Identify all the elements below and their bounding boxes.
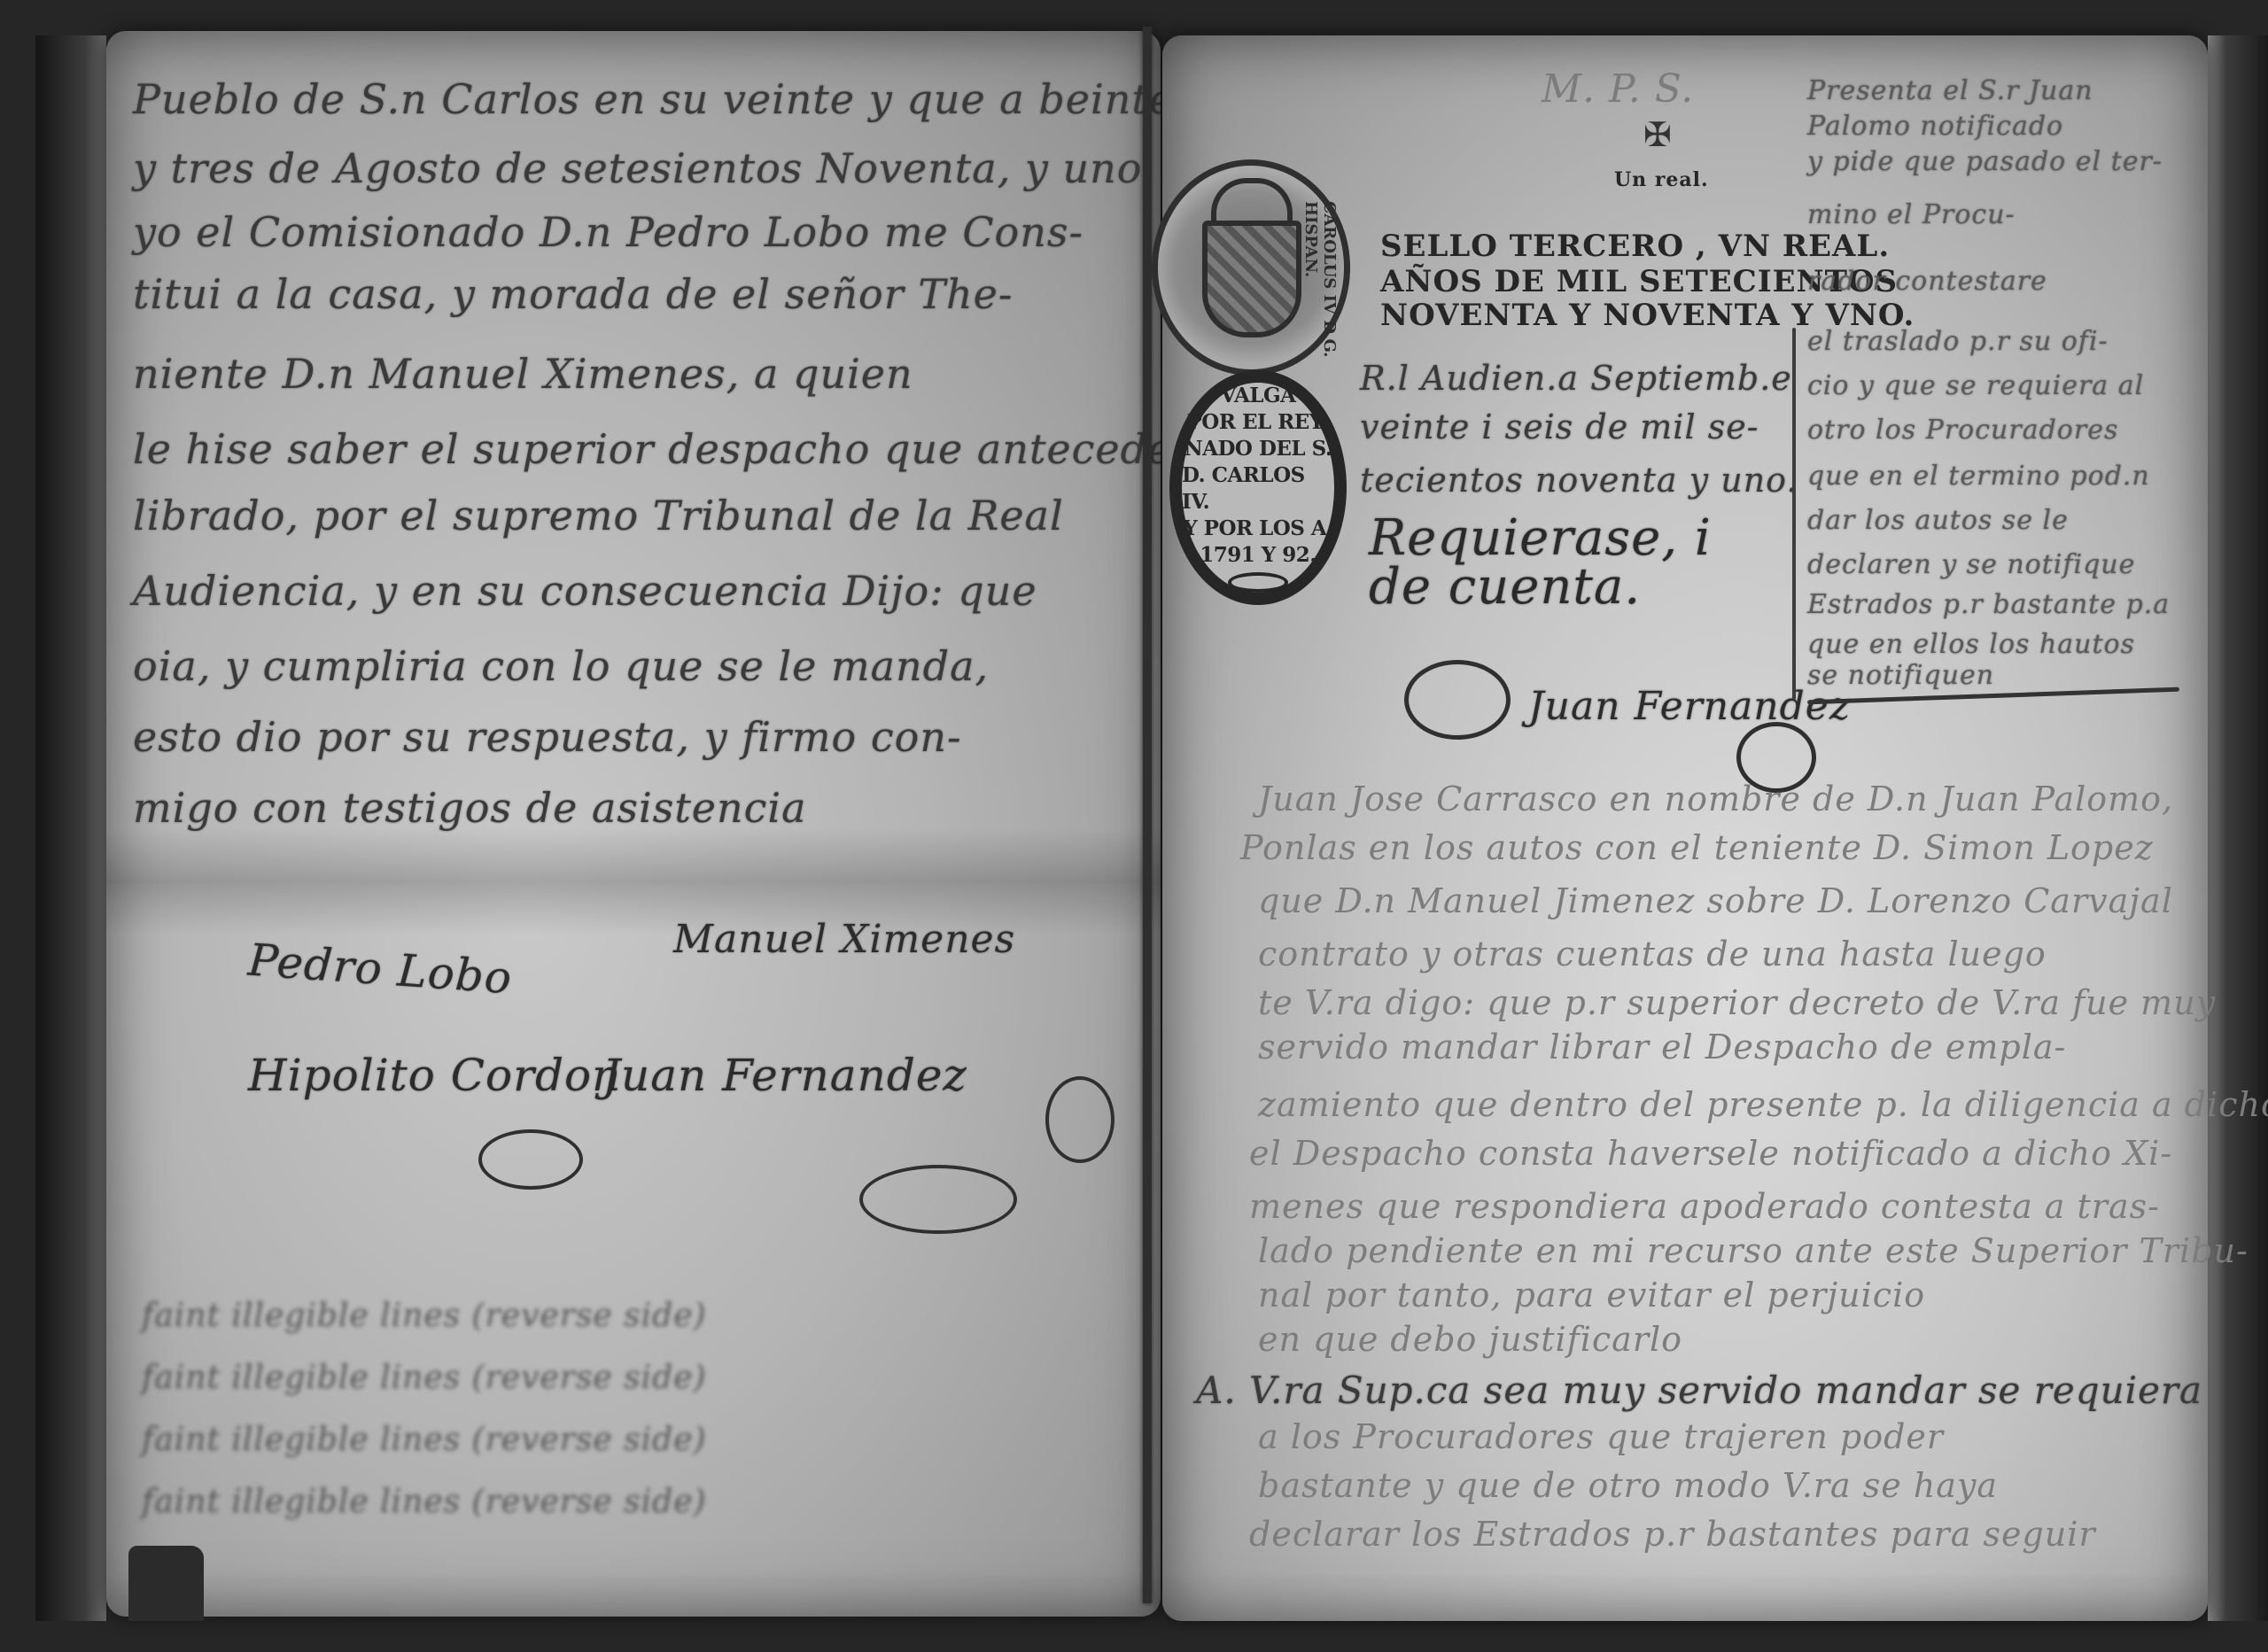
manuscript-line: niente D.n Manuel Ximenes, a quien (133, 350, 913, 398)
body-line: Ponlas en los autos con el teniente D. S… (1240, 828, 2154, 867)
habilitation-oval-stamp: VALGA POR EL REY- NADO DEL S. D. CARLOS … (1169, 370, 1347, 605)
signature-rubric (859, 1165, 1017, 1234)
signature-hipolito-cordon: Hipolito Cordon (248, 1050, 621, 1101)
body-line: declarar los Estrados p.r bastantes para… (1249, 1515, 2096, 1554)
corner-heading: M. P. S. (1542, 66, 1694, 112)
right-binding-edge (2208, 35, 2268, 1621)
decree-line: tecientos noventa y uno. (1360, 461, 1798, 500)
signature-pedro-lobo: Pedro Lobo (246, 935, 514, 1004)
signature-juan-fernandez: Juan Fernandez (602, 1050, 967, 1101)
royal-arms-seal-icon: CAROLUS IV D.G. HISPAN. (1152, 159, 1350, 376)
bleed-through-text: faint illegible lines (reverse side) (142, 1360, 707, 1396)
manuscript-line: Audiencia, y en su consecuencia Dijo: qu… (133, 567, 1037, 615)
margin-bracket (1792, 328, 1796, 700)
body-line: A. V.ra Sup.ca sea muy servido mandar se… (1196, 1369, 2202, 1412)
margin-note-line: mino el Procu- (1807, 199, 2016, 230)
decree-signature: Juan Fernandez (1528, 684, 1851, 729)
body-line: contrato y otras cuentas de una hasta lu… (1258, 935, 2047, 973)
body-line: servido mandar librar el Despacho de emp… (1258, 1028, 2066, 1066)
binding-tab (128, 1546, 204, 1621)
shield-icon (1202, 221, 1301, 337)
oval-stamp-line: POR EL REY- (1187, 409, 1330, 436)
stamp-header-line: SELLO TERCERO , VN REAL. (1380, 229, 1890, 264)
bleed-through-text: faint illegible lines (reverse side) (142, 1484, 707, 1520)
margin-note-line: Estrados p.r bastante p.a (1807, 589, 2170, 620)
oval-stamp-line: VALGA (1220, 383, 1295, 409)
decree-line: R.l Audien.a Septiemb.e (1360, 359, 1792, 398)
signature-manuel-ximenes: Manuel Ximenes (673, 917, 1015, 962)
body-line: menes que respondiera apoderado contesta… (1249, 1187, 2160, 1226)
margin-note-line: se notifiquen (1807, 660, 1994, 691)
manuscript-line: librado, por el supremo Tribunal de la R… (133, 492, 1064, 539)
margin-note-line: cio y que se requiera al (1807, 370, 2144, 401)
page-gutter-line (1143, 27, 1152, 1603)
body-line: nal por tanto, para evitar el perjuicio (1258, 1276, 1925, 1315)
decree-line: veinte i seis de mil se- (1360, 407, 1759, 446)
manuscript-line: y tres de Agosto de setesientos Noventa,… (133, 144, 1143, 192)
signature-rubric (478, 1129, 583, 1190)
bleed-through-text: faint illegible lines (reverse side) (142, 1422, 707, 1458)
margin-note-line: y pide que pasado el ter- (1807, 146, 2163, 177)
stamp-denomination: Un real. (1614, 168, 1709, 191)
body-line: te V.ra digo: que p.r superior decreto d… (1258, 983, 2216, 1022)
margin-note-line: el traslado p.r su ofi- (1807, 326, 2109, 357)
margin-note-line: otro los Procuradores (1807, 415, 2118, 446)
body-line: zamiento que dentro del presente p. la d… (1258, 1085, 2268, 1124)
margin-note-line: que en ellos los hautos (1807, 629, 2135, 660)
decree-line: de cuenta. (1369, 558, 1641, 616)
oval-stamp-line: 1791 Y 92. (1200, 542, 1316, 569)
manuscript-line: yo el Comisionado D.n Pedro Lobo me Cons… (133, 208, 1084, 256)
margin-note-line: Palomo notificado (1807, 111, 2063, 142)
manuscript-line: Pueblo de S.n Carlos en su veinte y que … (133, 75, 1161, 123)
manuscript-line: esto dio por su respuesta, y firmo con- (133, 713, 961, 761)
manuscript-line: migo con testigos de asistencia (133, 784, 807, 832)
body-line: lado pendiente en mi recurso ante este S… (1258, 1231, 2249, 1270)
body-line: bastante y que de otro modo V.ra se haya (1258, 1466, 1998, 1505)
body-line: que D.n Manuel Jimenez sobre D. Lorenzo … (1258, 881, 2173, 920)
margin-note-line: declaren y se notifique (1807, 549, 2135, 580)
oval-stamp-line: NADO DEL S. (1184, 436, 1332, 462)
manuscript-line: titui a la casa, y morada de el señor Th… (133, 270, 1013, 318)
manuscript-line: oia, y cumpliria con lo que se le manda, (133, 642, 989, 690)
body-line: en que debo justificarlo (1258, 1320, 1682, 1359)
body-line: el Despacho consta haversele notificado … (1249, 1134, 2172, 1173)
signature-rubric (1404, 660, 1511, 740)
left-page: Pueblo de S.n Carlos en su veinte y que … (106, 31, 1161, 1617)
oval-stamp-line: D. CARLOS IV. (1182, 462, 1334, 516)
oval-stamp-line: Y POR LOS A. (1183, 516, 1333, 542)
margin-note-line: rador contestare (1807, 266, 2047, 297)
body-line: a los Procuradores que trajeren poder (1258, 1417, 1944, 1456)
crown-icon (1211, 178, 1293, 224)
bleed-through-text: faint illegible lines (reverse side) (142, 1298, 707, 1334)
seal-legend: CAROLUS IV D.G. HISPAN. (1301, 201, 1339, 369)
left-binding-edge (35, 35, 106, 1621)
margin-note-line: que en el termino pod.n (1807, 461, 2150, 492)
margin-note-line: dar los autos se le (1807, 505, 2069, 536)
knot-ornament-icon (1228, 572, 1288, 593)
margin-note-line: Presenta el S.r Juan (1807, 75, 2093, 106)
body-line: Juan Jose Carrasco en nombre de D.n Juan… (1258, 779, 2173, 818)
manuscript-line: le hise saber el superior despacho que a… (133, 425, 1161, 473)
signature-rubric (1045, 1076, 1115, 1163)
cross-icon: ✠ (1643, 115, 1672, 154)
